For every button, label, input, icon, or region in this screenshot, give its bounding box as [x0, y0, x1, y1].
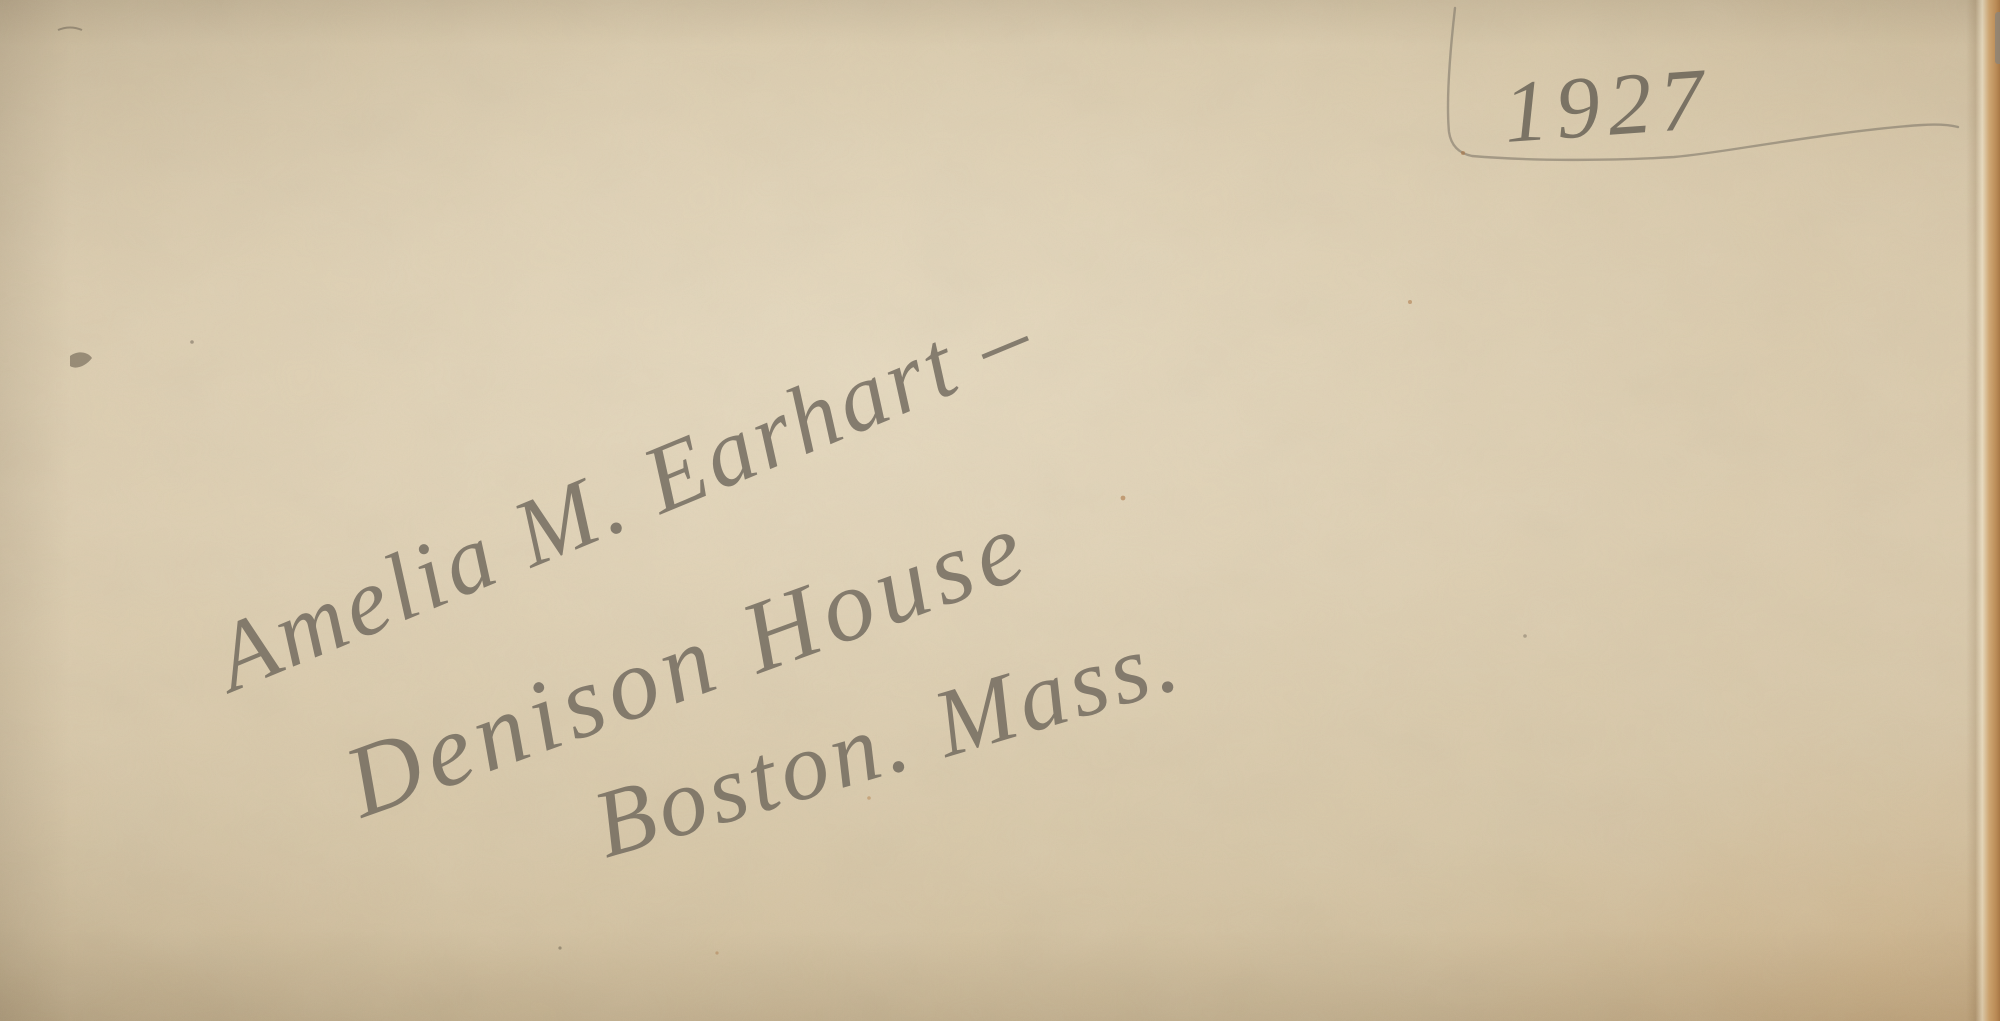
scanned-page: 1927 Amelia M. Earhart – Denison House B…	[0, 0, 2000, 1021]
paper-dot-speck	[190, 340, 194, 344]
rust-speck	[867, 796, 871, 800]
rust-speck	[1121, 496, 1126, 501]
year-annotation: 1927	[1501, 51, 1715, 162]
rust-speck	[1408, 300, 1412, 304]
rust-speck	[1461, 151, 1465, 155]
handwriting-overlay: 1927 Amelia M. Earhart – Denison House B…	[0, 0, 2000, 1021]
paper-dot-speck	[558, 946, 561, 949]
paper-dot-speck	[1523, 634, 1527, 638]
rust-speck	[715, 951, 718, 954]
